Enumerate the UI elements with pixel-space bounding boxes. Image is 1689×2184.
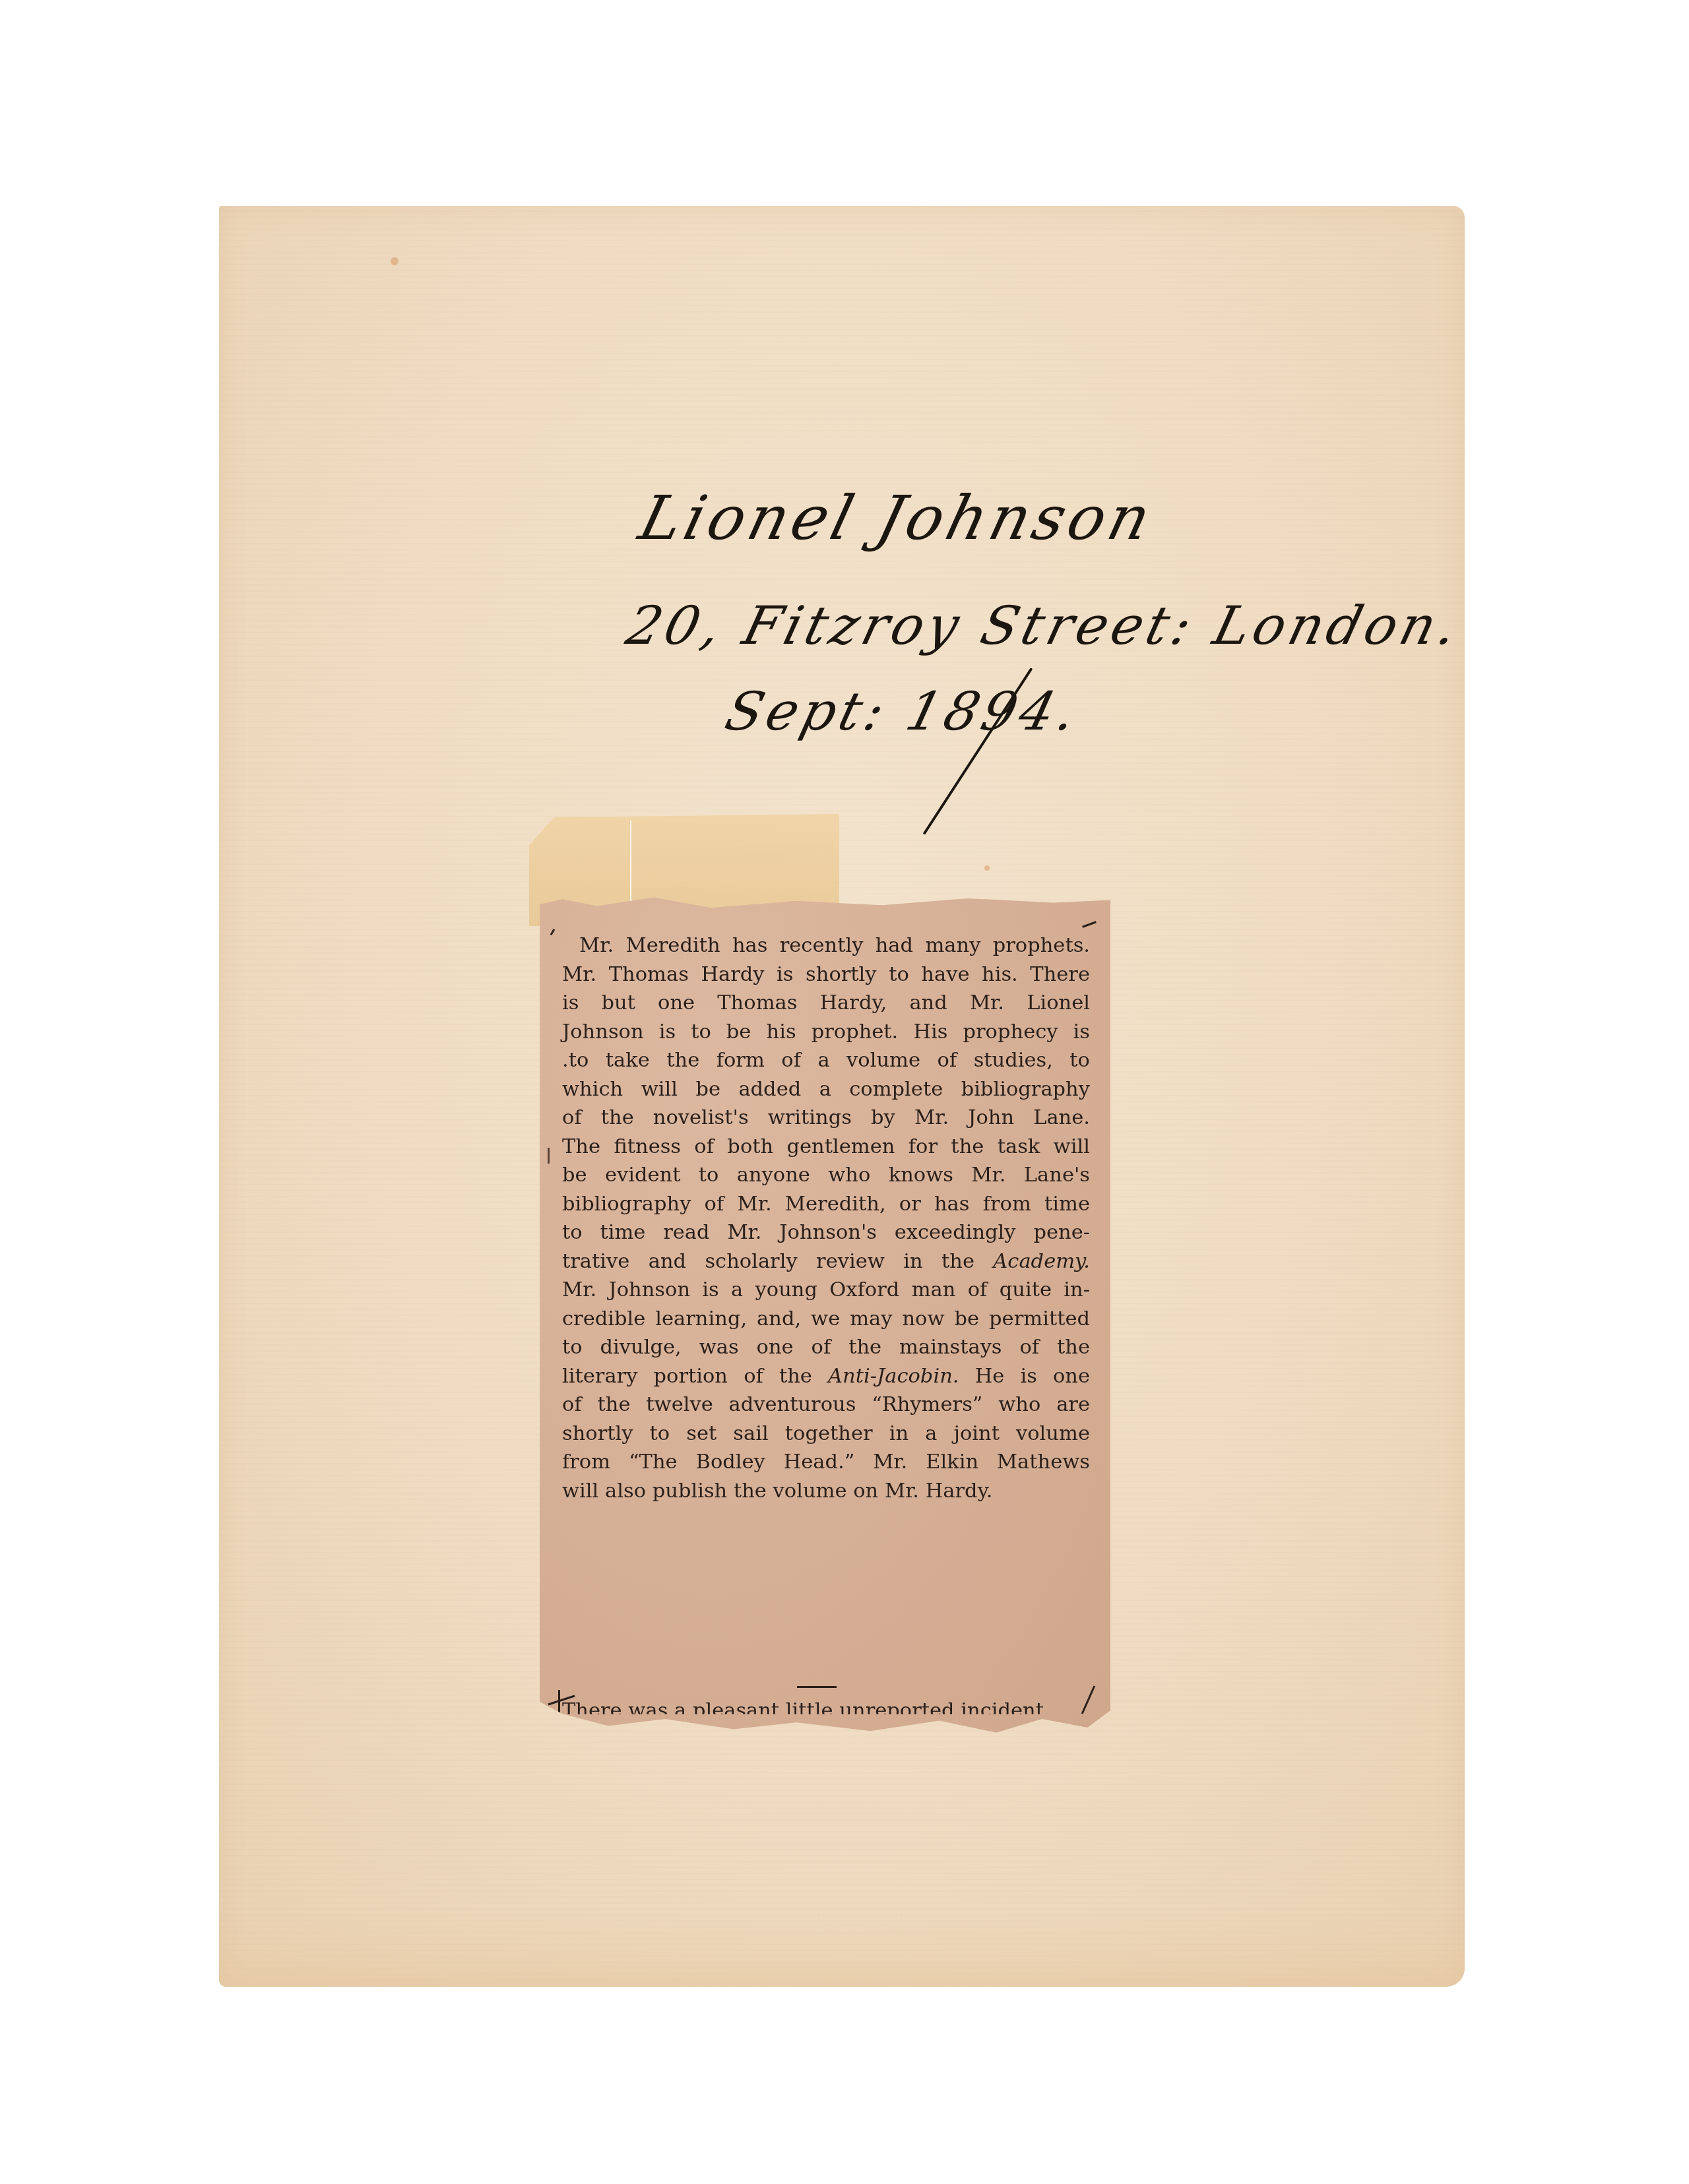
italic-academy: Academy.: [993, 1250, 1090, 1273]
clipping-line: Mr. Meredith has recently had many proph…: [562, 931, 1090, 960]
clipping-line: literary portion of the Anti-Jacobin. He…: [562, 1362, 1090, 1391]
clipping-line: is but one Thomas Hardy, and Mr. Lionel: [562, 989, 1090, 1018]
clipping-text: Mr. Meredith has recently had many proph…: [562, 931, 1090, 1505]
pencil-tick-mark: [1082, 921, 1097, 927]
clipping-line: shortly to set sail together in a joint …: [562, 1420, 1090, 1449]
clipping-line-text: trative and scholarly review in the: [562, 1250, 974, 1273]
clipping-line: Mr. Johnson is a young Oxford man of qui…: [562, 1276, 1090, 1305]
next-item-fragment: There was a pleasant little unreported i…: [562, 1699, 1090, 1722]
inscription-date: Sept: 1894.: [719, 681, 1086, 742]
clipping-line: to time read Mr. Johnson's exceedingly p…: [562, 1218, 1090, 1247]
inscription-address: 20, Fitzroy Street: London.: [620, 595, 1467, 656]
inscription-name: Lionel Johnson: [633, 483, 1162, 553]
clipping-line: The fitness of both gentlemen for the ta…: [562, 1133, 1090, 1162]
newspaper-clipping: Mr. Meredith has recently had many proph…: [540, 879, 1110, 1736]
clipping-line: credible learning, and, we may now be pe…: [562, 1305, 1090, 1334]
pencil-cross-mark: [558, 1690, 560, 1723]
foxing-spot: [984, 865, 990, 871]
clipping-line: be evident to anyone who knows Mr. Lane'…: [562, 1161, 1090, 1190]
clipping-line-text: literary portion of the: [562, 1365, 812, 1388]
clipping-line: trative and scholarly review in the Acad…: [562, 1247, 1090, 1276]
clipping-line: which will be added a complete bibliogra…: [562, 1075, 1090, 1104]
clipping-line: Mr. Thomas Hardy is shortly to have his.…: [562, 960, 1090, 989]
clipping-line: from “The Bodley Head.” Mr. Elkin Mathew…: [562, 1448, 1090, 1477]
clipping-line: bibliography of Mr. Meredith, or has fro…: [562, 1190, 1090, 1219]
clipping-line-text: He is one: [975, 1365, 1090, 1388]
italic-anti-jacobin: Anti-Jacobin.: [828, 1365, 959, 1388]
foxing-spot: [391, 257, 398, 265]
section-rule: [797, 1686, 837, 1688]
clipping-line: of the novelist's writings by Mr. John L…: [562, 1104, 1090, 1133]
margin-mark: [548, 1148, 550, 1164]
pencil-tick-mark: [550, 929, 556, 935]
clipping-line: of the twelve adventurous “Rhymers” who …: [562, 1390, 1090, 1420]
clipping-line: will also publish the volume on Mr. Hard…: [562, 1477, 1090, 1506]
clipping-line: Johnson is to be his prophet. His prophe…: [562, 1018, 1090, 1047]
clipping-line: .to take the form of a volume of studies…: [562, 1046, 1090, 1075]
clipping-line: to divulge, was one of the mainstays of …: [562, 1333, 1090, 1362]
manuscript-page: Lionel Johnson 20, Fitzroy Street: Londo…: [219, 206, 1465, 1987]
